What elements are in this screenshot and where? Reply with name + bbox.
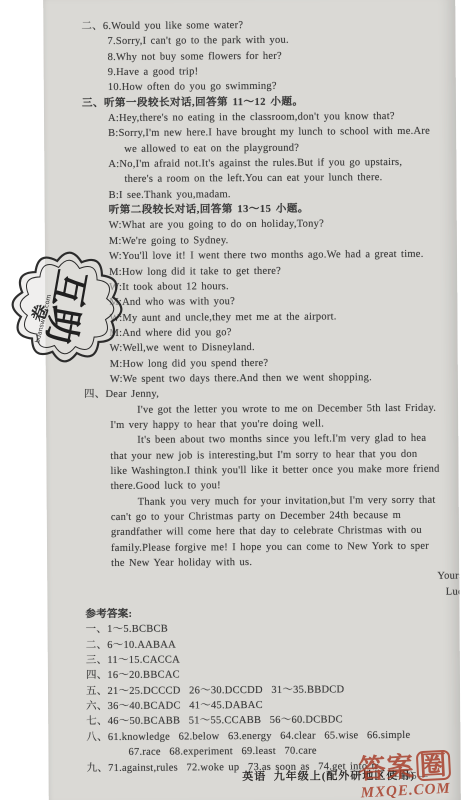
watermark: 答案圈 MXQE.COM: [343, 749, 467, 800]
text-line: It's been about two months since you lef…: [137, 431, 458, 449]
watermark-logo-boxed-char: 圈: [416, 750, 452, 782]
scanned-answer-page: { "lines": [ {"t": "二、6.Would you like s…: [0, 0, 467, 800]
transcript-and-answers: 二、6.Would you like some water? 7.Sorry,I…: [43, 17, 460, 777]
text-line: I've got the letter you wrote to me on D…: [137, 400, 458, 418]
text-line: W:You'll love it! I went there two month…: [109, 247, 457, 265]
text-line: Thank you very much for your invitation,…: [138, 492, 459, 510]
letter-signature: Lucy: [85, 584, 461, 602]
text-line: like Washington.I think you'll like it b…: [110, 462, 458, 480]
text-line: family.Please forgive me! I hope you can…: [111, 538, 459, 556]
paper-scan: 二、6.Would you like some water? 7.Sorry,I…: [43, 0, 461, 800]
answer-line: 八、61.knowledge 62.below 63.energy 64.cle…: [86, 727, 460, 745]
watermark-logo-text: 答案: [358, 752, 415, 785]
text-line: B:Sorry,I'm new here.I have brought my l…: [108, 124, 456, 142]
